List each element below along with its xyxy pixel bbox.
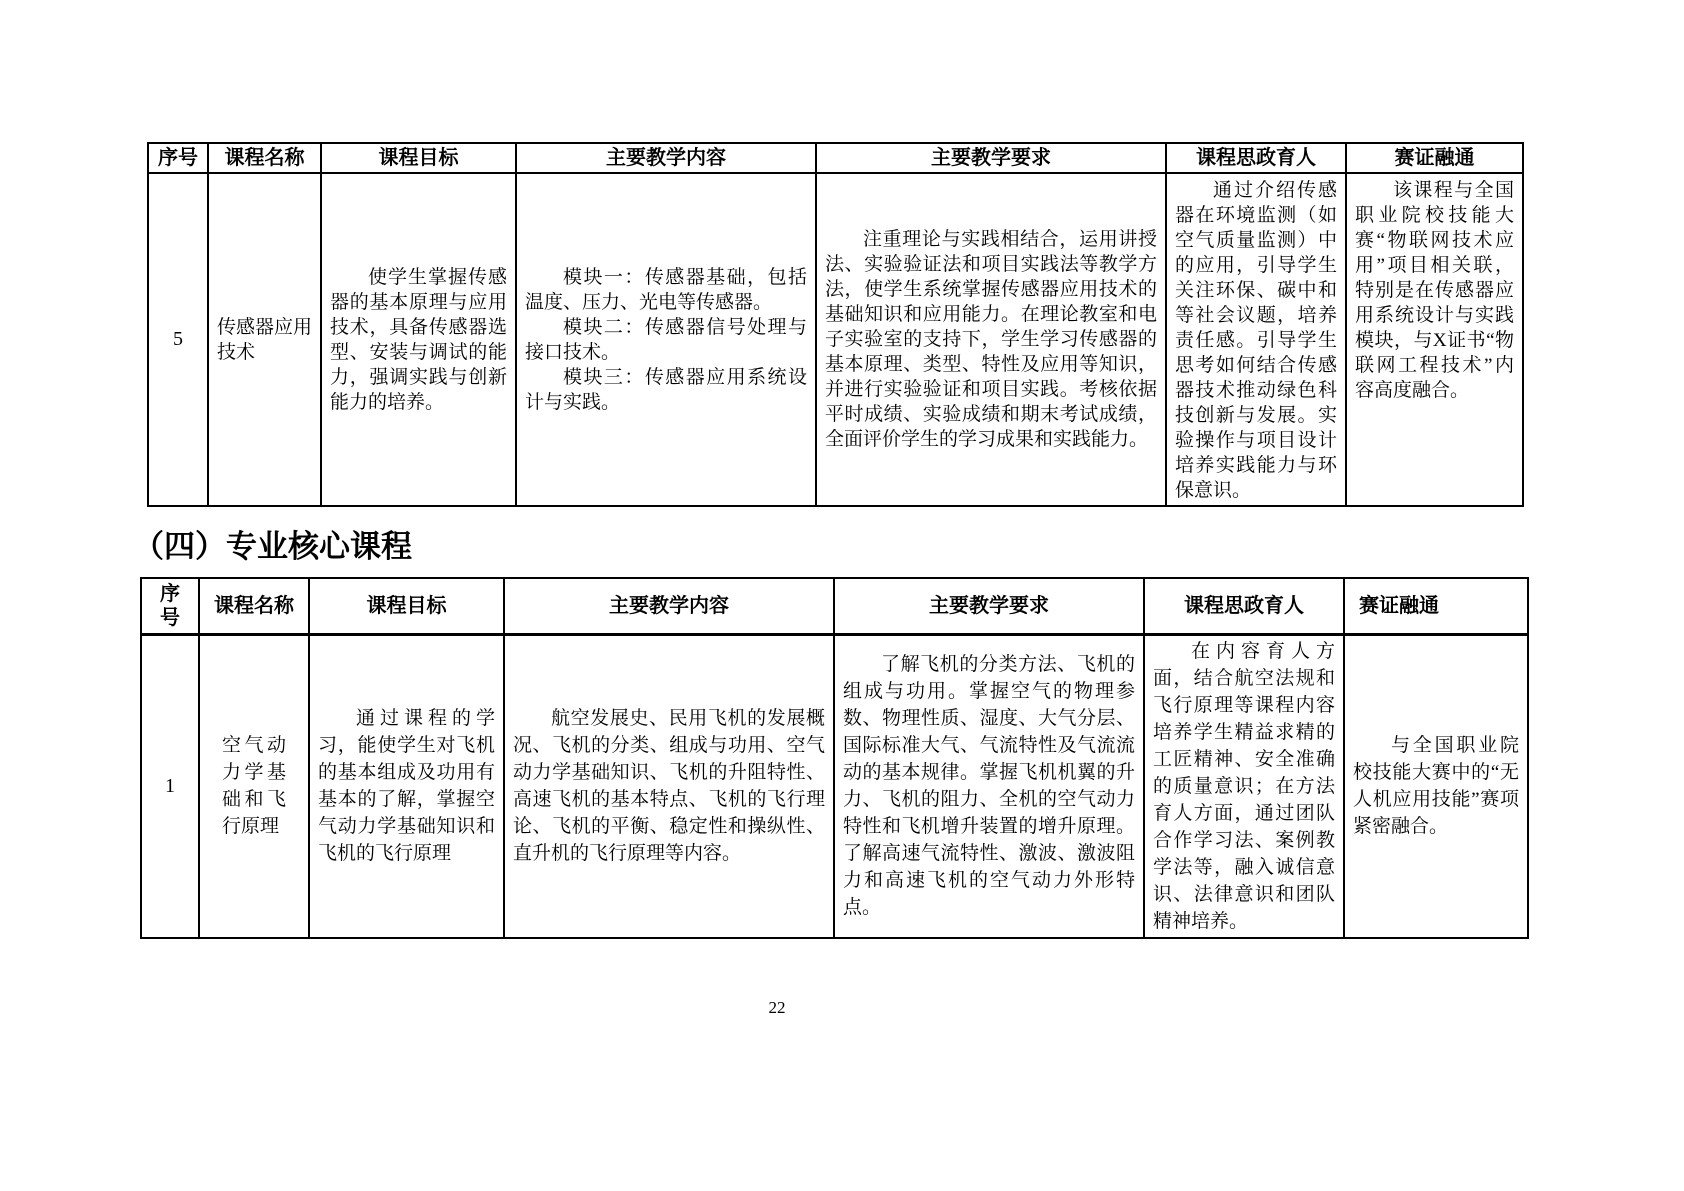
table1-header-no: 序号 xyxy=(148,143,208,173)
course-objective-text: 通过课程的学习，能使学生对飞机的基本组成及功用有基本的了解，掌握空气动力学基础知… xyxy=(318,705,495,867)
course-requirements-cell: 了解飞机的分类方法、飞机的组成与功用。掌握空气的物理参数、物理性质、湿度、大气分… xyxy=(834,634,1144,938)
course-table-sensor: 序号 课程名称 课程目标 主要教学内容 主要教学要求 课程思政育人 赛证融通 5… xyxy=(147,142,1524,507)
course-table-core: 序号 课程名称 课程目标 主要教学内容 主要教学要求 课程思政育人 赛证融通 1… xyxy=(140,577,1529,939)
table2-header-objective: 课程目标 xyxy=(309,578,504,634)
page-number: 22 xyxy=(0,998,1554,1018)
table1-header-requirements: 主要教学要求 xyxy=(816,143,1166,173)
course-ideology-text: 通过介绍传感器在环境监测（如空气质量监测）中的应用，引导学生关注环保、碳中和等社… xyxy=(1175,178,1337,503)
table2-row-aerodynamics-course: 1 空气动力学基础和飞行原理 通过课程的学习，能使学生对飞机的基本组成及功用有基… xyxy=(141,634,1528,938)
table1-header-content: 主要教学内容 xyxy=(516,143,816,173)
course-content-text: 航空发展史、民用飞机的发展概况、飞机的分类、组成与功用、空气动力学基础知识、飞机… xyxy=(513,705,825,867)
table1-header-ideology: 课程思政育人 xyxy=(1166,143,1346,173)
course-objective-text: 使学生掌握传感器的基本原理与应用技术，具备传感器选型、安装与调试的能力，强调实践… xyxy=(330,265,507,415)
course-name: 空气动力学基础和飞行原理 xyxy=(199,634,309,938)
section-heading: （四）专业核心课程 xyxy=(133,528,412,566)
course-ideology-cell: 通过介绍传感器在环境监测（如空气质量监测）中的应用，引导学生关注环保、碳中和等社… xyxy=(1166,173,1346,506)
table2-header-no: 序号 xyxy=(141,578,199,634)
table2-header-content: 主要教学内容 xyxy=(504,578,834,634)
table2-header-no-text: 序号 xyxy=(158,582,182,630)
table1-header-objective: 课程目标 xyxy=(321,143,516,173)
course-objective-cell: 使学生掌握传感器的基本原理与应用技术，具备传感器选型、安装与调试的能力，强调实践… xyxy=(321,173,516,506)
table2-header-course-name: 课程名称 xyxy=(199,578,309,634)
table1-row-sensor-course: 5 传感器应用技术 使学生掌握传感器的基本原理与应用技术，具备传感器选型、安装与… xyxy=(148,173,1523,506)
table2-header-requirements: 主要教学要求 xyxy=(834,578,1144,634)
course-certification-cell: 该课程与全国职业院校技能大赛“物联网技术应用”项目相关联，特别是在传感器应用系统… xyxy=(1346,173,1523,506)
course-content-cell: 模块一：传感器基础，包括温度、压力、光电等传感器。模块二：传感器信号处理与接口技… xyxy=(516,173,816,506)
course-content-cell: 航空发展史、民用飞机的发展概况、飞机的分类、组成与功用、空气动力学基础知识、飞机… xyxy=(504,634,834,938)
course-objective-cell: 通过课程的学习，能使学生对飞机的基本组成及功用有基本的了解，掌握空气动力学基础知… xyxy=(309,634,504,938)
course-number: 1 xyxy=(141,634,199,938)
course-certification-text: 该课程与全国职业院校技能大赛“物联网技术应用”项目相关联，特别是在传感器应用系统… xyxy=(1355,178,1514,403)
course-content-paragraph: 模块一：传感器基础，包括温度、压力、光电等传感器。 xyxy=(525,265,807,315)
course-requirements-cell: 注重理论与实践相结合，运用讲授法、实验验证法和项目实践法等教学方法，使学生系统掌… xyxy=(816,173,1166,506)
table2-header-certification: 赛证融通 xyxy=(1344,578,1528,634)
course-requirements-text: 了解飞机的分类方法、飞机的组成与功用。掌握空气的物理参数、物理性质、湿度、大气分… xyxy=(843,651,1135,921)
table1-header-course-name: 课程名称 xyxy=(208,143,321,173)
course-content-paragraph: 模块二：传感器信号处理与接口技术。 xyxy=(525,315,807,365)
course-requirements-text: 注重理论与实践相结合，运用讲授法、实验验证法和项目实践法等教学方法，使学生系统掌… xyxy=(825,227,1157,452)
document-page: 序号 课程名称 课程目标 主要教学内容 主要教学要求 课程思政育人 赛证融通 5… xyxy=(0,0,1684,1191)
table1-header-certification: 赛证融通 xyxy=(1346,143,1523,173)
course-ideology-text: 在内容育人方面，结合航空法规和飞行原理等课程内容培养学生精益求精的工匠精神、安全… xyxy=(1153,638,1335,935)
course-certification-cell: 与全国职业院校技能大赛中的“无人机应用技能”赛项紧密融合。 xyxy=(1344,634,1528,938)
table2-header-ideology: 课程思政育人 xyxy=(1144,578,1344,634)
course-certification-text: 与全国职业院校技能大赛中的“无人机应用技能”赛项紧密融合。 xyxy=(1353,732,1519,840)
table1-header-row: 序号 课程名称 课程目标 主要教学内容 主要教学要求 课程思政育人 赛证融通 xyxy=(148,143,1523,173)
table2-header-row: 序号 课程名称 课程目标 主要教学内容 主要教学要求 课程思政育人 赛证融通 xyxy=(141,578,1528,634)
course-content-paragraph: 模块三：传感器应用系统设计与实践。 xyxy=(525,365,807,415)
course-number: 5 xyxy=(148,173,208,506)
course-name: 传感器应用技术 xyxy=(208,173,321,506)
course-ideology-cell: 在内容育人方面，结合航空法规和飞行原理等课程内容培养学生精益求精的工匠精神、安全… xyxy=(1144,634,1344,938)
